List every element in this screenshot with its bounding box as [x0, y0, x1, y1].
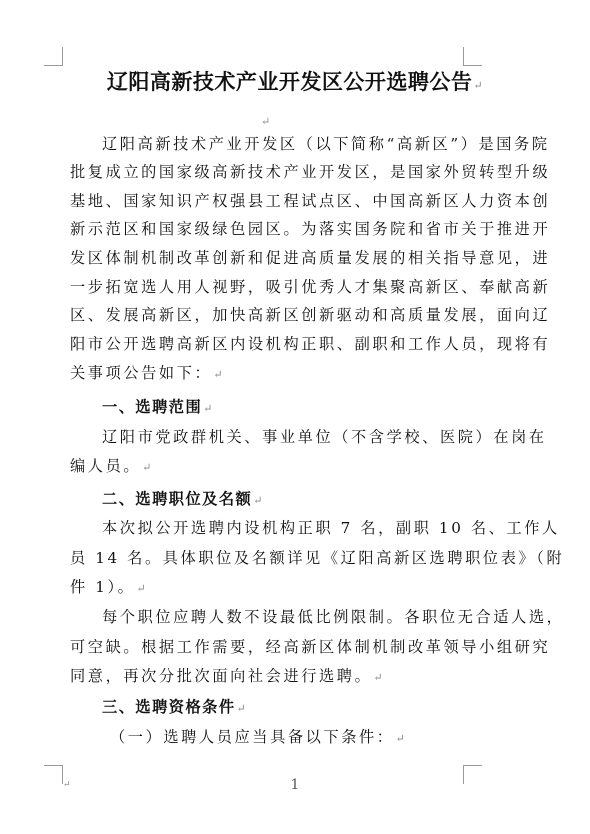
- line-text: 发区体制机制改革创新和促进高质量发展的相关指导意见，进: [70, 249, 550, 267]
- paragraph-mark-icon: ↵: [261, 115, 270, 128]
- line-text: 批复成立的国家级高新技术产业开发区，是国家外贸转型升级: [70, 163, 550, 181]
- body-line: 阳市公开选聘高新区内设机构正职、副职和工作人员，现将有: [70, 334, 532, 354]
- page-number: 1: [0, 777, 590, 793]
- paragraph-mark-icon: ↵: [203, 402, 214, 415]
- line-text: 每个职位应聘人数不设最低比例限制。各职位无合适人选，: [102, 608, 564, 626]
- line-text: 同意，再次分批次面向社会进行选聘。: [70, 667, 372, 685]
- paragraph-mark-icon: ↵: [473, 79, 483, 92]
- line-text: 员 14 名。具体职位及名额详见《辽阳高新区选聘职位表》（附: [70, 549, 564, 567]
- line-text: 件 1）。: [70, 578, 135, 596]
- line-text: 编人员。: [70, 457, 141, 475]
- section-heading: 二、选聘职位及名额↵: [102, 489, 564, 511]
- body-line: 同意，再次分批次面向社会进行选聘。↵: [70, 666, 532, 688]
- body-line: 区、发展高新区，加快高新区创新驱动和高质量发展，面向辽: [70, 305, 532, 325]
- body-line: 件 1）。↵: [70, 577, 532, 599]
- margin-corner-top-right: [463, 47, 482, 66]
- body-line: 辽阳高新技术产业开发区（以下简称“高新区”）是国务院: [102, 134, 564, 154]
- line-text: 基地、国家知识产权强县工程试点区、中国高新区人力资本创: [70, 192, 550, 210]
- margin-corner-top-left: [44, 47, 63, 66]
- paragraph-mark-icon: ↵: [253, 494, 264, 507]
- line-text: 本次拟公开选聘内设机构正职 7 名，副职 10 名、工作人: [102, 519, 560, 537]
- body-line: 批复成立的国家级高新技术产业开发区，是国家外贸转型升级: [70, 162, 532, 182]
- body-line: 编人员。↵: [70, 456, 532, 478]
- title-text: 辽阳高新技术产业开发区公开选聘公告: [107, 69, 473, 94]
- body-line: 发区体制机制改革创新和促进高质量发展的相关指导意见，进: [70, 248, 532, 268]
- body-line: 本次拟公开选聘内设机构正职 7 名，副职 10 名、工作人: [102, 518, 564, 538]
- line-text: （一）选聘人员应当具备以下条件：: [110, 728, 395, 746]
- line-text: 辽阳高新技术产业开发区（以下简称“高新区”）是国务院: [102, 135, 550, 153]
- paragraph-mark-icon: ↵: [213, 368, 225, 381]
- body-line: 员 14 名。具体职位及名额详见《辽阳高新区选聘职位表》（附: [70, 548, 532, 568]
- body-line: 辽阳市党政群机关、事业单位（不含学校、医院）在岗在: [102, 427, 564, 447]
- line-text: 新示范区和国家级绿色园区。为落实国务院和省市关于推进开: [70, 220, 550, 238]
- line-text: 三、选聘资格条件: [102, 698, 236, 716]
- paragraph-mark-icon: ↵: [373, 671, 385, 684]
- paragraph-mark-icon: ↵: [136, 582, 148, 595]
- body-line: 新示范区和国家级绿色园区。为落实国务院和省市关于推进开: [70, 219, 532, 239]
- line-text: 可空缺。根据工作需要，经高新区体制机制改革领导小组研究: [70, 638, 550, 656]
- body-line: 可空缺。根据工作需要，经高新区体制机制改革领导小组研究: [70, 637, 532, 657]
- body-line: （一）选聘人员应当具备以下条件：↵: [110, 727, 572, 749]
- body-line: 基地、国家知识产权强县工程试点区、中国高新区人力资本创: [70, 191, 532, 211]
- section-heading: 一、选聘范围↵: [102, 397, 564, 419]
- body-line: 每个职位应聘人数不设最低比例限制。各职位无合适人选，: [102, 607, 564, 627]
- paragraph-mark-icon: ↵: [396, 732, 408, 745]
- line-text: 一、选聘范围: [102, 398, 202, 416]
- paragraph-mark-icon: ↵: [237, 702, 248, 715]
- line-text: 一步拓宽选人用人视野，吸引优秀人才集聚高新区、奉献高新: [70, 278, 550, 296]
- body-line: 一步拓宽选人用人视野，吸引优秀人才集聚高新区、奉献高新: [70, 277, 532, 297]
- paragraph-mark-icon: ↵: [142, 461, 154, 474]
- line-text: 二、选聘职位及名额: [102, 490, 252, 508]
- line-text: 关事项公告如下：: [70, 364, 212, 382]
- section-heading: 三、选聘资格条件↵: [102, 697, 564, 719]
- line-text: 辽阳市党政群机关、事业单位（不含学校、医院）在岗在: [102, 428, 547, 446]
- empty-paragraph: ↵: [260, 110, 270, 129]
- document-title: 辽阳高新技术产业开发区公开选聘公告↵: [0, 66, 590, 96]
- line-text: 阳市公开选聘高新区内设机构正职、副职和工作人员，现将有: [70, 335, 550, 353]
- body-line: 关事项公告如下：↵: [70, 363, 532, 385]
- line-text: 区、发展高新区，加快高新区创新驱动和高质量发展，面向辽: [70, 306, 550, 324]
